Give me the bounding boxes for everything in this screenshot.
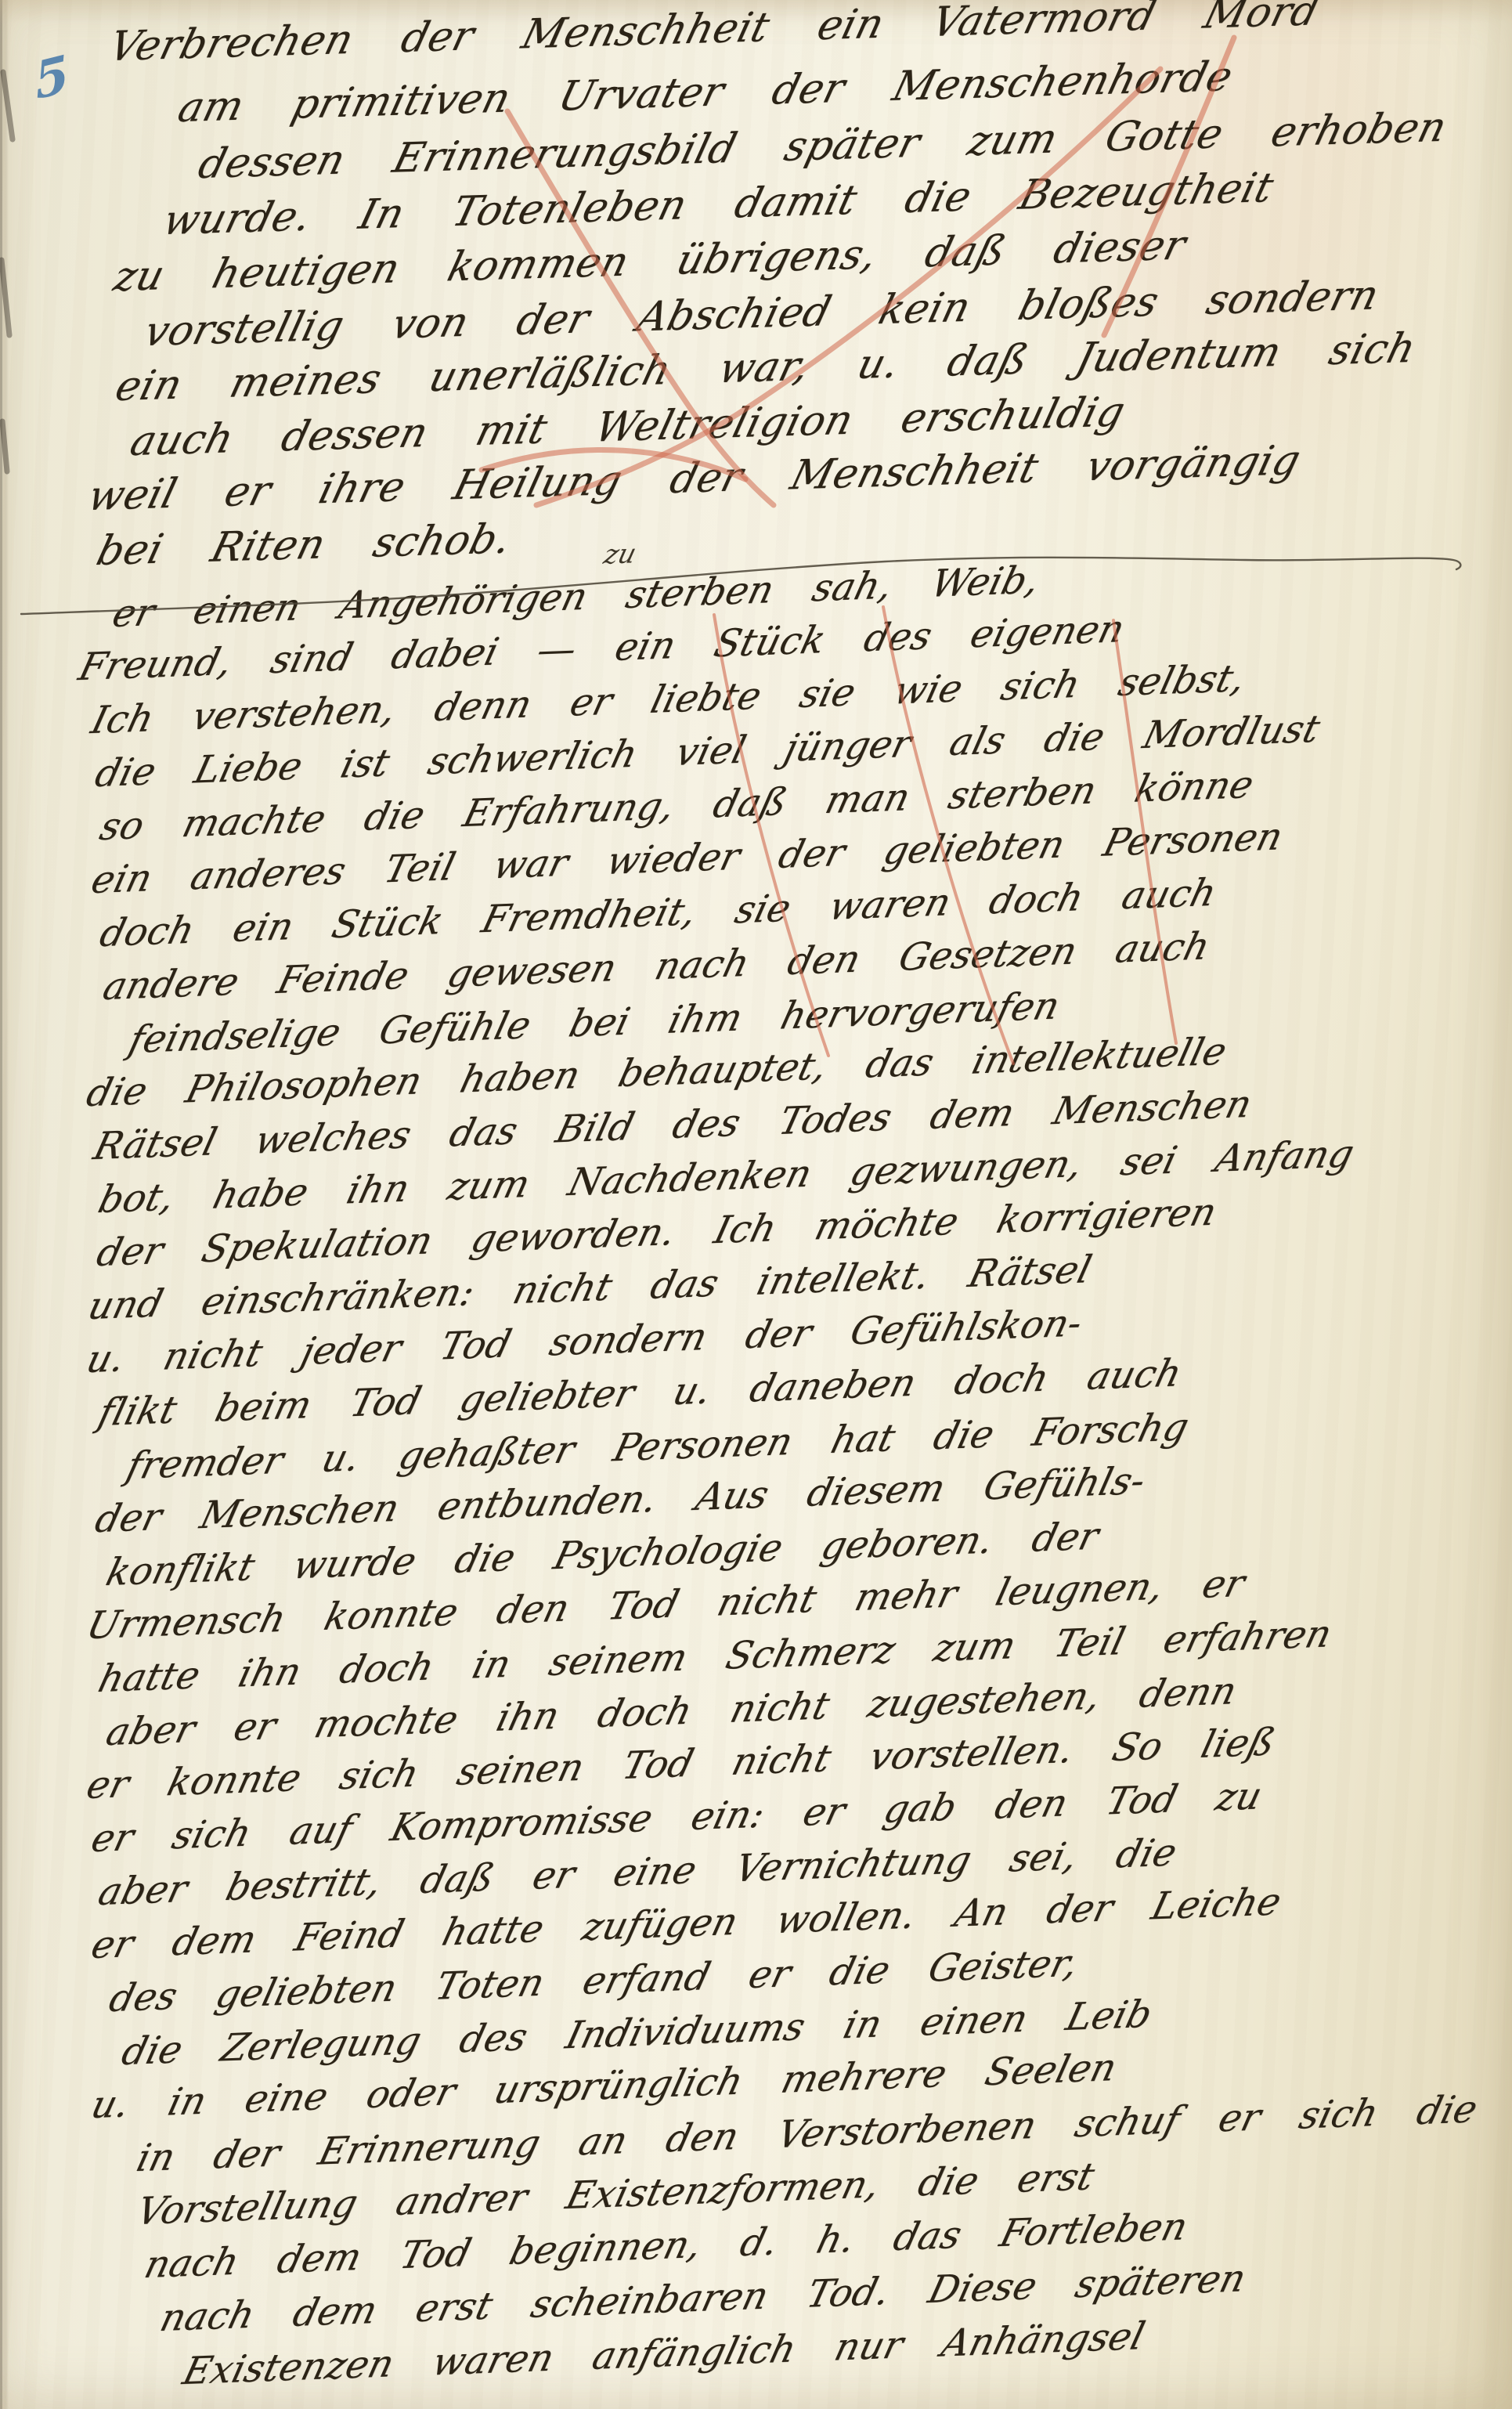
handwriting-line: bei Riten schob. <box>92 515 516 575</box>
page-number: 5 <box>32 44 72 111</box>
page-edge-marks <box>2 72 13 471</box>
interline-insertion-word: zu <box>601 538 640 571</box>
manuscript-page: 5 Verbrechen der Menschheit ein Vatermor… <box>0 0 1512 2409</box>
